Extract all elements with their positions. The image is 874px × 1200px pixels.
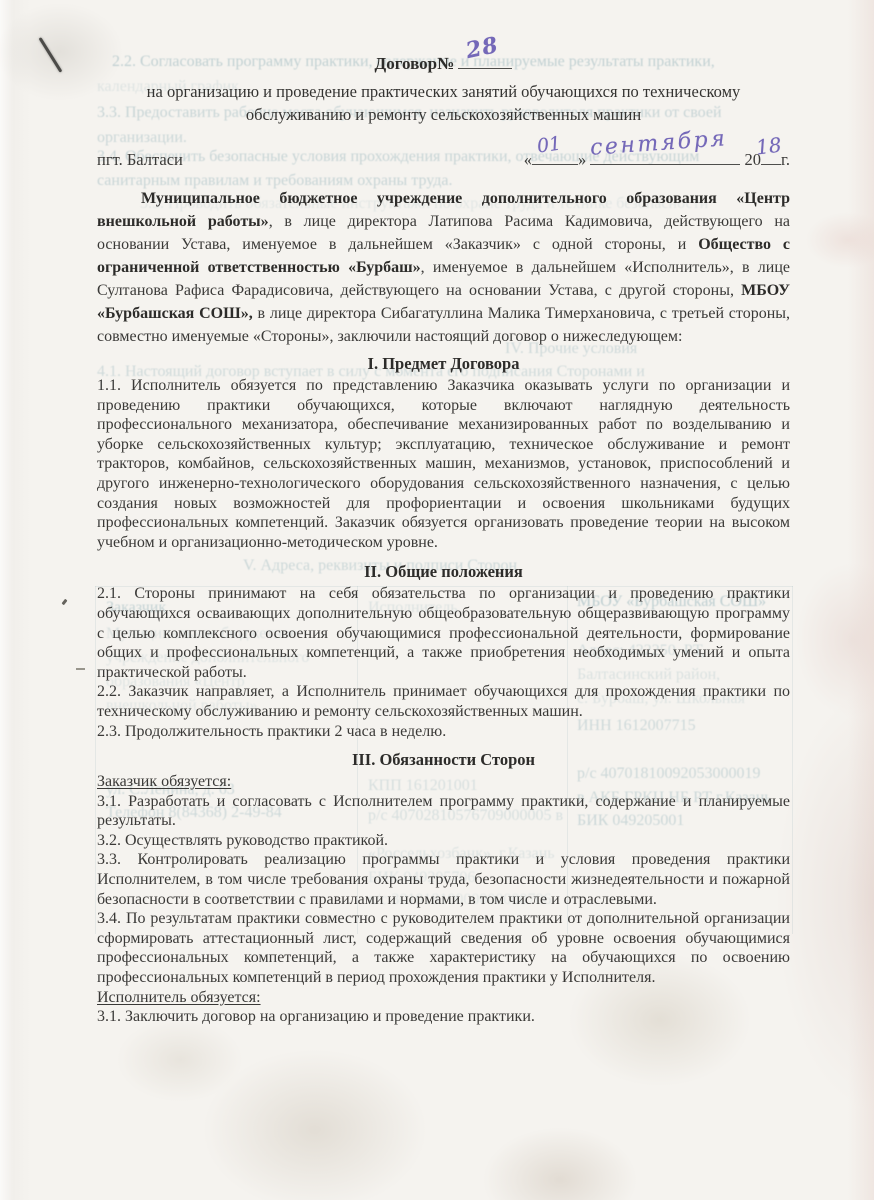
contract-title-label: Договор№	[375, 54, 455, 73]
date-line: «01» сентября 2018г.	[524, 150, 790, 170]
paragraph-3-1-executor: 3.1. Заключить договор на организацию и …	[97, 1007, 790, 1027]
section-1-heading: I. Предмет Договора	[97, 353, 790, 374]
quote-open: «	[524, 150, 532, 169]
paragraph-3-3: 3.3. Контролировать реализацию программы…	[97, 850, 790, 909]
contract-subtitle-line-1: на организацию и проведение практических…	[97, 80, 790, 103]
contract-title-row: Договор№ 28	[97, 54, 790, 80]
year-printed: 20	[744, 150, 761, 169]
customer-obligations-label: Заказчик обязуется:	[97, 772, 790, 792]
paragraph-1-1: 1.1. Исполнитель обязуется по представле…	[97, 376, 790, 552]
section-2-heading: II. Общие положения	[97, 561, 790, 582]
month-blank: сентября	[590, 151, 740, 165]
handwritten-month: сентября	[590, 126, 729, 161]
paragraph-2-1: 2.1. Стороны принимают на себя обязатель…	[97, 584, 790, 682]
section-3-heading: III. Обязанности Сторон	[97, 749, 790, 770]
place-name: пгт. Балтаси	[97, 150, 183, 170]
contract-subtitle-line-2: обслуживанию и ремонту сельскохозяйствен…	[97, 103, 790, 126]
preamble-paragraph: Муниципальное бюджетное учреждение допол…	[97, 187, 790, 348]
ink-speck	[76, 668, 85, 670]
document-content: Договор№ 28 на организацию и проведение …	[0, 0, 874, 1200]
paragraph-3-1: 3.1. Разработать и согласовать с Исполни…	[97, 792, 790, 831]
paragraph-3-4: 3.4. По результатам практики совместно с…	[97, 909, 790, 987]
day-blank: 01	[532, 151, 578, 165]
paragraph-2-3: 2.3. Продолжительность практики 2 часа в…	[97, 722, 790, 742]
paragraph-3-2: 3.2. Осуществлять руководство практикой.	[97, 831, 790, 851]
year-blank: 18	[761, 151, 781, 165]
contract-page: 2.2. Согласовать программу практики, сод…	[0, 0, 874, 1200]
handwritten-day: 01	[536, 132, 563, 157]
contract-number-blank: 28	[458, 55, 512, 69]
paragraph-2-2: 2.2. Заказчик направляет, а Исполнитель …	[97, 682, 790, 721]
year-suffix: г.	[781, 150, 790, 169]
place-date-row: пгт. Балтаси «01» сентября 2018г.	[97, 150, 790, 178]
executor-obligations-label: Исполнитель обязуется:	[97, 988, 790, 1008]
quote-close: »	[578, 150, 586, 169]
handwritten-contract-number: 28	[464, 32, 501, 64]
